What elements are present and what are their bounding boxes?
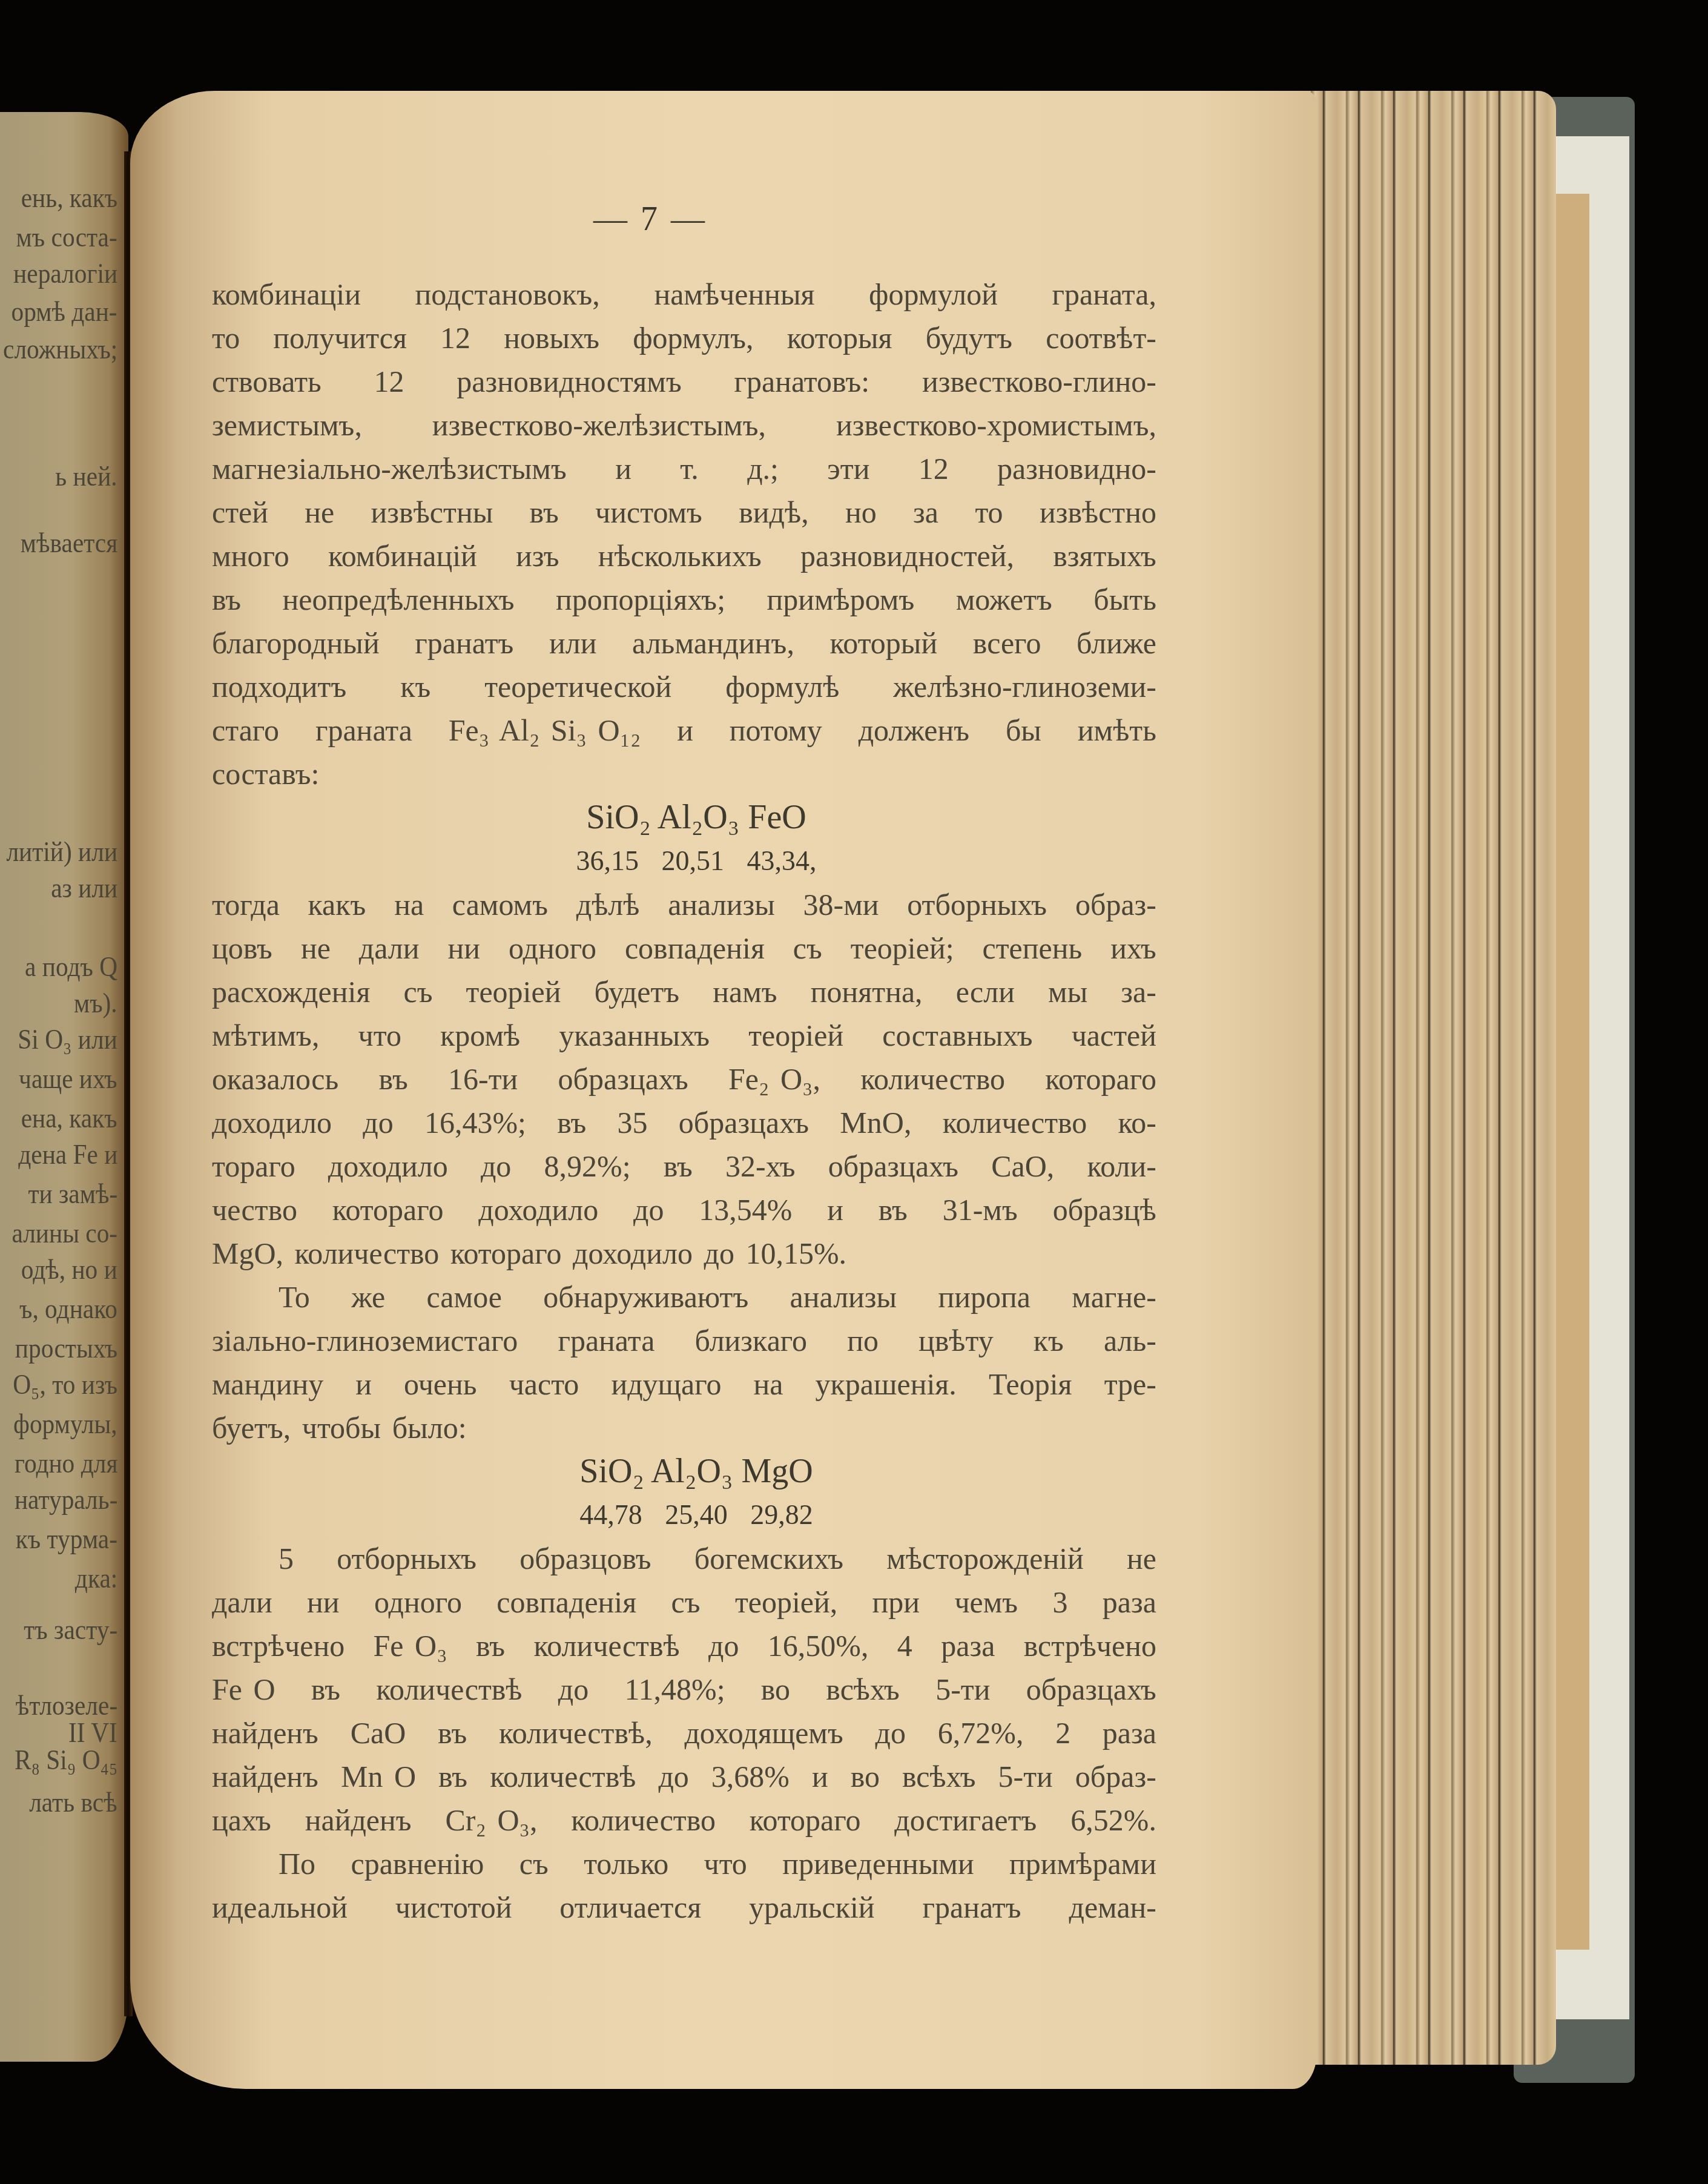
word: мы	[1048, 970, 1087, 1014]
word: одного	[374, 1580, 462, 1624]
left-page-line-fragment: R₈ Si₉ O₄₅	[15, 1744, 117, 1776]
left-page-line-fragment: ъ, однако	[19, 1293, 117, 1325]
word: образцахъ	[558, 1057, 688, 1101]
word: теоріей;	[851, 926, 954, 970]
word: гранатъ	[415, 621, 513, 665]
left-page-line-fragment: одѣ, но и	[21, 1253, 117, 1285]
word: тогда	[212, 883, 280, 926]
word: подходитъ	[212, 665, 346, 708]
word: 11,48%;	[624, 1668, 725, 1711]
word: граната,	[1052, 272, 1156, 316]
word: Fe O	[212, 1668, 275, 1711]
word: образ-	[1075, 1755, 1156, 1798]
word: теоріей	[748, 1014, 843, 1057]
text-line: мѣтимъ,чтокромѣуказанныхътеоріейсоставны…	[212, 1014, 1156, 1057]
word: анализы	[790, 1275, 897, 1319]
word: подстановокъ,	[415, 272, 600, 316]
word: По	[279, 1842, 315, 1885]
word: образцахъ	[679, 1101, 809, 1144]
word: примѣрами	[1009, 1842, 1156, 1885]
word: за-	[1121, 970, 1156, 1014]
text-line: многокомбинаційизънѣсколькихъразновиднос…	[212, 534, 1156, 578]
left-page-line-fragment: ена, какъ	[21, 1102, 117, 1134]
word: отборныхъ	[907, 883, 1047, 926]
word: 8,92%;	[544, 1144, 630, 1188]
word: образцахъ	[828, 1144, 958, 1188]
word: совпаденія	[496, 1580, 636, 1624]
left-page-line-fragment: нералогіи	[13, 257, 117, 289]
left-page-line-fragment: ти замѣ-	[28, 1178, 117, 1210]
text-line: тополучится12новыхъформулъ,которыябудутъ…	[212, 316, 1156, 360]
word: 5-ти	[935, 1668, 990, 1711]
word: чемъ	[954, 1580, 1018, 1624]
word: благородный	[212, 621, 380, 665]
word: то	[975, 490, 1003, 534]
word: пропорціяхъ;	[556, 578, 725, 621]
word: количествѣ	[376, 1668, 522, 1711]
word: получится	[273, 316, 407, 360]
word: раза	[1103, 1580, 1156, 1624]
word: съ	[403, 970, 432, 1014]
word: разновидностямъ	[457, 360, 681, 403]
word: приведенными	[782, 1842, 974, 1885]
word: не	[305, 490, 334, 534]
word: въ	[664, 1144, 693, 1188]
word: коли-	[1087, 1144, 1156, 1188]
word: въ	[879, 1188, 908, 1232]
word: котораго	[750, 1798, 861, 1842]
left-page-line-fragment: тъ засту-	[24, 1614, 117, 1646]
word: 13,54%	[699, 1188, 792, 1232]
word: но	[845, 490, 877, 534]
word: дали	[359, 926, 420, 970]
word: по	[847, 1319, 879, 1362]
word: 3,68%	[711, 1755, 790, 1798]
word: бы	[1006, 708, 1041, 752]
word: очень	[404, 1362, 477, 1406]
word: до	[363, 1101, 393, 1144]
word: мѣтимъ,	[212, 1014, 319, 1057]
word: 5-ти	[998, 1755, 1053, 1798]
word: съ	[519, 1842, 549, 1885]
word: составныхъ	[882, 1014, 1032, 1057]
word: разновидно-	[997, 447, 1156, 490]
word: 16,50%,	[768, 1624, 869, 1668]
text-line: магнезіально-желѣзистымъит.д.;эти12разно…	[212, 447, 1156, 490]
word: до	[481, 1144, 511, 1188]
word: 5	[279, 1537, 294, 1580]
left-page-line-fragment: натураль-	[15, 1483, 117, 1516]
word: украшенія.	[816, 1362, 957, 1406]
word: образцѣ	[1053, 1188, 1156, 1232]
right-page: — 7 — комбинаціиподстановокъ,намѣченныяф…	[130, 91, 1317, 2089]
word: раза	[1103, 1711, 1156, 1755]
word: 32-хъ	[725, 1144, 796, 1188]
word: т.	[680, 447, 699, 490]
word: эти	[827, 447, 869, 490]
word: магнезіально-желѣзистымъ	[212, 447, 567, 490]
left-page-line-fragment: мъ).	[74, 987, 117, 1019]
text-line: стейнеизвѣстнывъчистомъвидѣ,нозатоизвѣст…	[212, 490, 1156, 534]
word: зіально-глиноземистаго	[212, 1319, 518, 1362]
chemical-formula: SiO₂ Al₂O₃ MgO	[212, 1450, 1156, 1493]
word: намѣченныя	[654, 272, 814, 316]
text-line: тогдакакънасамомъдѣлѣанализы38-миотборны…	[212, 883, 1156, 926]
word: количествѣ	[490, 1755, 636, 1798]
word: комбинацій	[328, 534, 477, 578]
word: аль-	[1104, 1319, 1156, 1362]
text-line: цовънедалиниодногосовпаденіясътеоріей;ст…	[212, 926, 1156, 970]
text-line: торагодоходилодо8,92%;въ32-хъобразцахъCa…	[212, 1144, 1156, 1188]
word: 6,52%.	[1070, 1798, 1156, 1842]
left-page-line-fragment: ормѣ дан-	[12, 295, 117, 328]
word: тре-	[1104, 1362, 1156, 1406]
word: и	[615, 447, 631, 490]
word: CaO	[351, 1711, 406, 1755]
word: деман-	[1069, 1885, 1156, 1929]
word: гранатъ	[922, 1885, 1021, 1929]
word: не	[1127, 1537, 1156, 1580]
word: и	[677, 708, 693, 752]
word: можетъ	[956, 578, 1052, 621]
word: на	[394, 883, 424, 926]
word: найденъ	[305, 1798, 412, 1842]
word: много	[212, 534, 289, 578]
word: только	[584, 1842, 668, 1885]
word: частей	[1072, 1014, 1156, 1057]
word: самое	[427, 1275, 502, 1319]
word: отборныхъ	[337, 1537, 476, 1580]
word: до	[658, 1755, 688, 1798]
text-line: Fe Oвъколичествѣдо11,48%;вовсѣхъ5-тиобра…	[212, 1668, 1156, 1711]
word: же	[351, 1275, 385, 1319]
word: при	[872, 1580, 920, 1624]
word: и	[827, 1188, 843, 1232]
word: 16,43%;	[424, 1101, 526, 1144]
word: цахъ	[212, 1798, 271, 1842]
word: формулѣ	[725, 665, 839, 708]
word: который	[830, 621, 938, 665]
text-line: встрѣченоFe O₃въколичествѣдо16,50%,4раза…	[212, 1624, 1156, 1668]
word: теоретической	[484, 665, 671, 708]
word: съ	[671, 1580, 701, 1624]
text-line: оказалосьвъ16-тиобразцахъFe₂ O₃,количест…	[212, 1057, 1156, 1101]
word: примѣромъ	[767, 578, 914, 621]
word: котораго	[332, 1188, 444, 1232]
word: которыя	[787, 316, 892, 360]
text-line: расхожденіясътеоріейбудетънамъпонятна,ес…	[212, 970, 1156, 1014]
word: образ-	[1075, 883, 1156, 926]
word: до	[558, 1668, 589, 1711]
left-page-line-fragment: простыхъ	[15, 1332, 117, 1364]
word: Cr₂ O₃,	[445, 1798, 537, 1842]
word: и	[812, 1755, 828, 1798]
word: земистымъ,	[212, 403, 362, 447]
word: до	[708, 1624, 739, 1668]
word: анализы	[668, 883, 775, 926]
word: идущаго	[611, 1362, 721, 1406]
word: гранатовъ:	[734, 360, 870, 403]
word: часто	[509, 1362, 579, 1406]
word: ко-	[1118, 1101, 1156, 1144]
word: Mn O	[341, 1755, 416, 1798]
word: долженъ	[859, 708, 969, 752]
word: во	[761, 1668, 790, 1711]
left-page-line-fragment: чаще ихъ	[19, 1063, 117, 1095]
endpaper-flyleaf	[1556, 194, 1589, 1950]
text-line: ствовать12разновидностямъгранатовъ:извес…	[212, 360, 1156, 403]
word: въ	[476, 1624, 505, 1668]
word: въ	[530, 490, 559, 534]
word: 35	[618, 1101, 648, 1144]
word: ствовать	[212, 360, 321, 403]
word: намъ	[713, 970, 777, 1014]
word: то	[212, 316, 240, 360]
word: магне-	[1072, 1275, 1156, 1319]
word: за	[913, 490, 938, 534]
left-page-line-fragment: годно для	[15, 1447, 117, 1479]
word: тораго	[212, 1144, 295, 1188]
text-line: чествокоторагодоходилодо13,54%ивъ31-мъоб…	[212, 1188, 1156, 1232]
word: какъ	[308, 883, 366, 926]
word: доходило	[478, 1188, 598, 1232]
word: видѣ,	[739, 490, 808, 534]
word: граната	[315, 708, 412, 752]
word: разновидностей,	[800, 534, 1014, 578]
page-fore-edge-stack	[1302, 91, 1556, 2065]
left-page-line-fragment: дена Fe и	[18, 1138, 117, 1170]
word: самомъ	[452, 883, 548, 926]
text-line: Посравненіюсътолькочтоприведеннымипримѣр…	[212, 1842, 1156, 1885]
word: будетъ	[594, 970, 679, 1014]
word: достигаетъ	[894, 1798, 1037, 1842]
word: къ	[400, 665, 430, 708]
text-line: Тожесамоеобнаруживаютъанализыпиропамагне…	[212, 1275, 1156, 1319]
word: цовъ	[212, 926, 272, 970]
word: ни	[307, 1580, 340, 1624]
text-line-last: буетъ, чтобы было:	[212, 1406, 1156, 1450]
word: чистотой	[395, 1885, 512, 1929]
word: въ	[438, 1755, 467, 1798]
word: количество	[943, 1101, 1087, 1144]
word: котораго	[1045, 1057, 1156, 1101]
word: на	[754, 1362, 783, 1406]
text-line: цахънайденъCr₂ O₃,количествокоторагодост…	[212, 1798, 1156, 1842]
word: 2	[1055, 1711, 1070, 1755]
word: Fe O₃	[374, 1624, 447, 1668]
word: не	[301, 926, 331, 970]
word: ихъ	[1110, 926, 1156, 970]
composition-values: 36,15 20,51 43,34,	[212, 839, 1156, 883]
left-page-line-fragment: литій) или	[6, 836, 117, 868]
word: 4	[897, 1624, 912, 1668]
word: образцовъ	[519, 1537, 651, 1580]
text-line: земистымъ,известково-желѣзистымъ,известк…	[212, 403, 1156, 447]
text-line-last: составъ:	[212, 752, 1156, 796]
chemical-formula: SiO₂ Al₂O₃ FeO	[212, 796, 1156, 839]
page-number: — 7 —	[593, 200, 707, 239]
word: съ	[793, 926, 822, 970]
word: граната	[558, 1319, 655, 1362]
word: количествѣ	[534, 1624, 680, 1668]
text-line: стагогранатаFe₃ Al₂ Si₃ O₁₂ипотомудолжен…	[212, 708, 1156, 752]
left-page-line-fragment: мѣвается	[21, 527, 117, 559]
word: во	[851, 1755, 880, 1798]
word: количество	[860, 1057, 1005, 1101]
text-line: найденъCaOвъколичествѣ,доходящемъдо6,72%…	[212, 1711, 1156, 1755]
left-page-line-fragment: дка:	[75, 1562, 117, 1594]
word: CaO,	[991, 1144, 1054, 1188]
word: обнаруживаютъ	[543, 1275, 748, 1319]
word: извѣстно	[1040, 490, 1156, 534]
word: чество	[212, 1188, 297, 1232]
left-page-line-fragment: а подъ Q	[25, 951, 117, 983]
text-line: комбинаціиподстановокъ,намѣченныяформуло…	[212, 272, 1156, 316]
text-line: мандинуиоченьчастоидущагонаукрашенія.Тео…	[212, 1362, 1156, 1406]
word: въ	[212, 578, 241, 621]
left-page-line-fragment: ь ней.	[56, 460, 117, 492]
left-page-line-fragment: формулы,	[13, 1408, 117, 1440]
word: встрѣчено	[1024, 1624, 1156, 1668]
word: идеальной	[212, 1885, 348, 1929]
text-line: далиниодногосовпаденіясътеоріей,причемъ3…	[212, 1580, 1156, 1624]
word: известково-хромистымъ,	[836, 403, 1156, 447]
word: доходило	[328, 1144, 448, 1188]
text-line: вънеопредѣленныхъпропорціяхъ;примѣромъмо…	[212, 578, 1156, 621]
word: богемскихъ	[694, 1537, 843, 1580]
text-line: благородныйгранатъилиальмандинъ,которыйв…	[212, 621, 1156, 665]
word: желѣзно-глиноземи-	[893, 665, 1156, 708]
text-line: 5отборныхъобразцовъбогемскихъмѣсторожден…	[212, 1537, 1156, 1580]
text-line: подходитъкътеоретическойформулѣжелѣзно-г…	[212, 665, 1156, 708]
left-page: ень, какъмъ соста-нералогіиормѣ дан-слож…	[0, 112, 128, 2062]
word: извѣстны	[371, 490, 493, 534]
word: альмандинъ,	[632, 621, 794, 665]
word: понятна,	[811, 970, 923, 1014]
word: всѣхъ	[902, 1755, 976, 1798]
word: имѣть	[1078, 708, 1156, 752]
word: 12	[374, 360, 404, 403]
word: MnO,	[840, 1101, 911, 1144]
text-line: доходилодо16,43%;въ35образцахъMnO,количе…	[212, 1101, 1156, 1144]
word: доходило	[212, 1101, 332, 1144]
word: въ	[379, 1057, 408, 1101]
word: оказалось	[212, 1057, 338, 1101]
word: формулой	[869, 272, 998, 316]
text-line: идеальнойчистотойотличаетсяуральскійгран…	[212, 1885, 1156, 1929]
word: быть	[1093, 578, 1156, 621]
word: ни	[447, 926, 480, 970]
left-page-line-fragment: сложныхъ;	[3, 333, 117, 365]
word: соотвѣт-	[1046, 316, 1156, 360]
word: известково-желѣзистымъ,	[432, 403, 766, 447]
word: кромѣ	[440, 1014, 520, 1057]
word: образцахъ	[1026, 1668, 1156, 1711]
word: формулъ,	[633, 316, 753, 360]
word: или	[549, 621, 596, 665]
word: взятыхъ	[1053, 534, 1156, 578]
word: въ	[438, 1711, 467, 1755]
word: до	[875, 1711, 906, 1755]
word: Fe₂ O₃,	[728, 1057, 820, 1101]
word: сравненію	[351, 1842, 484, 1885]
word: дѣлѣ	[576, 883, 640, 926]
word: неопредѣленныхъ	[283, 578, 515, 621]
word: уральскій	[749, 1885, 875, 1929]
word: д.;	[747, 447, 779, 490]
word: указанныхъ	[559, 1014, 710, 1057]
word: новыхъ	[504, 316, 599, 360]
word: въ	[311, 1668, 340, 1711]
word: 6,72%,	[938, 1711, 1024, 1755]
word: 12	[440, 316, 470, 360]
composition-values: 44,78 25,40 29,82	[212, 1493, 1156, 1537]
word: совпаденія	[625, 926, 765, 970]
word: одного	[509, 926, 596, 970]
word: потому	[730, 708, 822, 752]
text-line: найденъMn Oвъколичествѣдо3,68%ивовсѣхъ5-…	[212, 1755, 1156, 1798]
word: въ	[557, 1101, 586, 1144]
word: отличается	[559, 1885, 701, 1929]
word: мандину	[212, 1362, 323, 1406]
word: всѣхъ	[826, 1668, 900, 1711]
word: расхожденія	[212, 970, 370, 1014]
word: что	[358, 1014, 401, 1057]
word: что	[704, 1842, 747, 1885]
word: всего	[973, 621, 1041, 665]
word: количествѣ,	[499, 1711, 653, 1755]
word: до	[633, 1188, 664, 1232]
word: 38-ми	[803, 883, 879, 926]
left-page-line-fragment: мъ соста-	[16, 221, 117, 253]
word: цвѣту	[918, 1319, 994, 1362]
word: къ	[1034, 1319, 1064, 1362]
text-line: зіально-глиноземистагогранатаблизкагопоц…	[212, 1319, 1156, 1362]
word: найденъ	[212, 1755, 318, 1798]
word: чистомъ	[595, 490, 702, 534]
word: степень	[983, 926, 1083, 970]
word: стей	[212, 490, 268, 534]
word: количество	[571, 1798, 716, 1842]
left-page-line-fragment: лать всѣ	[30, 1786, 117, 1818]
left-page-line-fragment: Si O₃ или	[18, 1023, 117, 1055]
word: мѣсторожденій	[886, 1537, 1084, 1580]
left-page-line-fragment: алины со-	[12, 1217, 117, 1249]
word: теоріей,	[735, 1580, 837, 1624]
left-page-line-fragment: ень, какъ	[21, 182, 117, 214]
word: ближе	[1077, 621, 1156, 665]
left-page-line-fragment: O₅, то изъ	[13, 1368, 117, 1400]
word: пиропа	[938, 1275, 1030, 1319]
word: 3	[1053, 1580, 1068, 1624]
text-line-last: MgO, количество котораго доходило до 10,…	[212, 1232, 1156, 1275]
word: известково-глино-	[922, 360, 1156, 403]
word: 12	[918, 447, 949, 490]
left-page-line-fragment: къ турма-	[16, 1523, 117, 1555]
word: Теорія	[989, 1362, 1072, 1406]
word: стаго	[212, 708, 279, 752]
word: доходящемъ	[684, 1711, 843, 1755]
left-page-line-fragment: аз или	[51, 872, 117, 904]
word: встрѣчено	[212, 1624, 345, 1668]
word: найденъ	[212, 1711, 318, 1755]
word: и	[355, 1362, 372, 1406]
word: если	[956, 970, 1015, 1014]
word: раза	[941, 1624, 995, 1668]
body-text: комбинаціиподстановокъ,намѣченныяформуло…	[212, 272, 1156, 1929]
word: теоріей	[466, 970, 561, 1014]
word: Fe₃ Al₂ Si₃ O₁₂	[449, 708, 641, 752]
